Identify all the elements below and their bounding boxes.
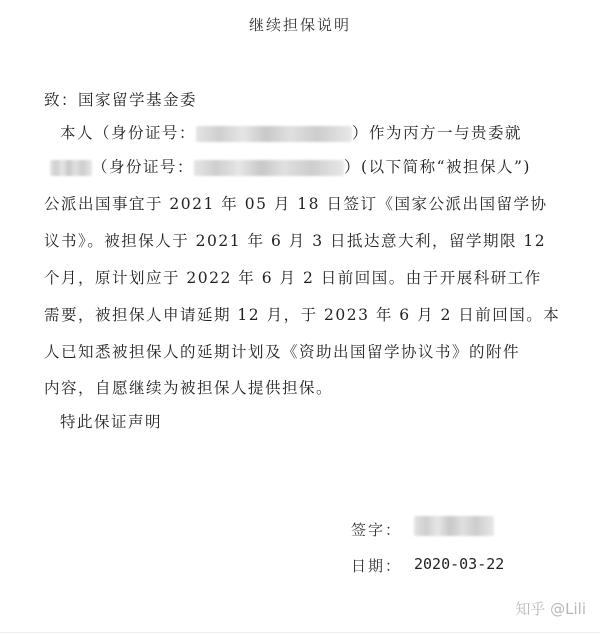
body-line-1: 本人（身份证号：）作为丙方一与贵委就 <box>60 121 522 143</box>
body-line-1-prefix: 本人（身份证号： <box>60 124 196 142</box>
zhihu-watermark: 知乎 @Lili <box>515 598 586 619</box>
redacted-name <box>50 160 92 176</box>
date-value: 2020-03-22 <box>414 555 504 573</box>
body-line-3: 公派出国事宜于 2021 年 05 月 18 日签订《国家公派出国留学协 <box>44 192 547 214</box>
body-line-2-prefix: （身份证号： <box>92 158 194 176</box>
document-title: 继续担保说明 <box>0 14 600 35</box>
body-line-8: 内容，自愿继续为被担保人提供担保。 <box>44 376 333 398</box>
redacted-id-number <box>196 126 352 142</box>
body-line-7: 人已知悉被担保人的延期计划及《资助出国留学协议书》的附件 <box>44 340 520 362</box>
bottom-divider <box>0 632 600 633</box>
body-line-4: 议书》。被担保人于 2021 年 6 月 3 日抵达意大利，留学期限 12 <box>44 229 546 251</box>
body-line-2-suffix: ）(以下简称“被担保人”) <box>344 158 531 176</box>
body-line-5: 个月，原计划应于 2022 年 6 月 2 日前回国。由于开展科研工作 <box>44 266 542 288</box>
body-line-6: 需要，被担保人申请延期 12 月，于 2023 年 6 月 2 日前回国。本 <box>44 303 560 325</box>
redacted-signature <box>414 516 494 536</box>
body-line-2: （身份证号：）(以下简称“被担保人”) <box>50 155 531 177</box>
date-label: 日期： <box>351 555 402 576</box>
signature-label: 签字： <box>351 519 402 540</box>
redacted-id-number-2 <box>194 160 344 176</box>
addressee: 致：国家留学基金委 <box>44 88 197 110</box>
closing-statement: 特此保证声明 <box>60 410 162 432</box>
body-line-1-suffix: ）作为丙方一与贵委就 <box>352 124 522 142</box>
